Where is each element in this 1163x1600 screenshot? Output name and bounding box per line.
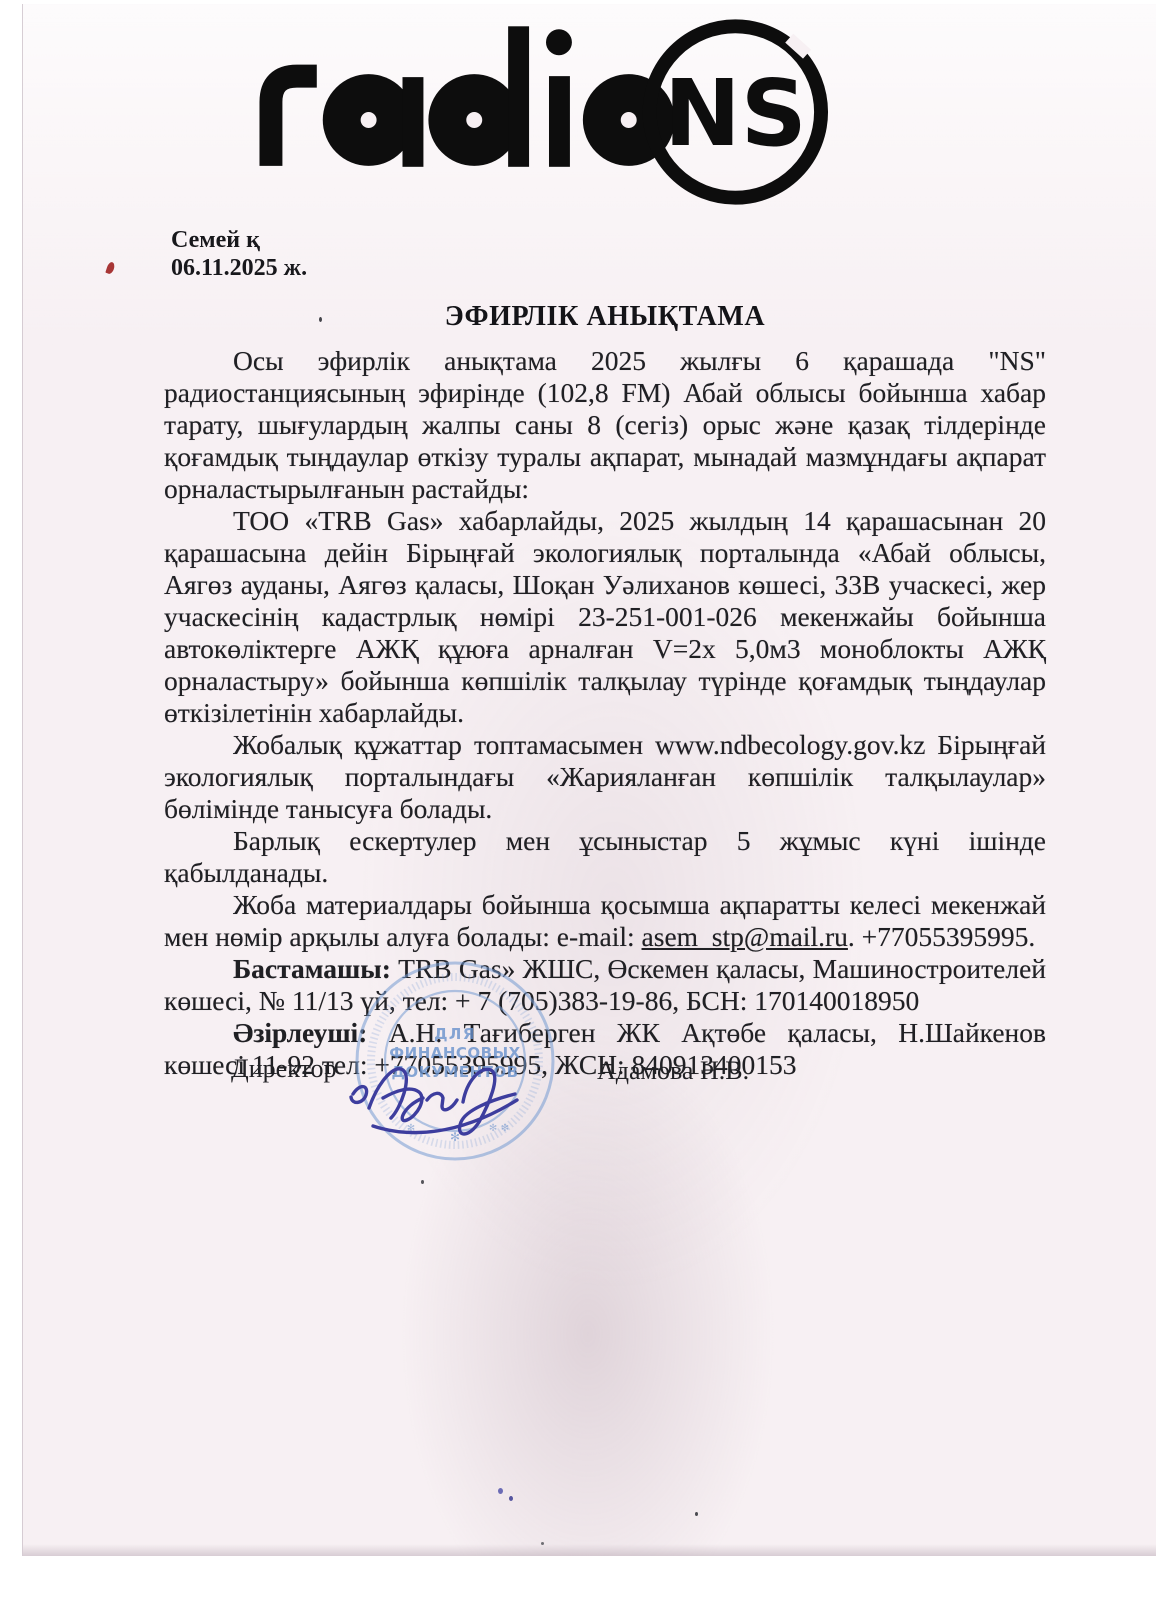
- dust-speck: [695, 1512, 698, 1516]
- date-label: 06.11.2025 ж.: [171, 254, 307, 282]
- radio-ns-logo: radio NS: [257, 14, 835, 214]
- logo-dot-i: [546, 29, 572, 55]
- signature-stroke-2: [369, 1069, 406, 1118]
- scan-paper-area: radio NS Семей қ 06.11.2025 ж.: [22, 4, 1156, 1556]
- paragraph-intro: Осы эфирлік анықтама 2025 жылғы 6 қараша…: [164, 345, 1046, 505]
- logo-ns-text: NS: [664, 60, 807, 167]
- contact-text-after: . +77055395995.: [848, 921, 1035, 952]
- document-body: Осы эфирлік анықтама 2025 жылғы 6 қараша…: [164, 345, 1046, 1081]
- blue-ink-speck: [498, 1488, 503, 1494]
- paragraph-remarks: Барлық ескертулер мен ұсыныстар 5 жұмыс …: [164, 825, 1046, 889]
- red-ink-mark: [105, 261, 115, 275]
- paragraph-portal: Жобалық құжаттар топтамасымен www.ndbeco…: [164, 729, 1046, 825]
- dust-speck: [541, 1542, 544, 1545]
- logo-stem-i: [549, 76, 570, 167]
- dust-speck: [421, 1180, 424, 1184]
- signature-role-label: Директор: [231, 1054, 337, 1084]
- paragraph-announcement: ТОО «TRB Gas» хабарлайды, 2025 жылдың 14…: [164, 505, 1046, 729]
- logo-disc-a-hole: [361, 112, 377, 128]
- scanned-document-page: radio NS Семей қ 06.11.2025 ж.: [0, 0, 1163, 1600]
- logo-stem-d: [508, 26, 529, 167]
- contact-email: asem_stp@mail.ru: [642, 921, 848, 952]
- logo-word-radio: [271, 26, 675, 167]
- signature-stroke-1: [351, 1087, 367, 1103]
- document-title: ЭФИРЛІК АНЫҚТАМА: [164, 301, 1046, 333]
- logo-disc-o-hole: [621, 112, 637, 128]
- logo-stem-a: [402, 77, 423, 167]
- paragraph-contact: Жоба материалдары бойынша қосымша ақпара…: [164, 889, 1046, 953]
- dust-speck: [319, 317, 322, 322]
- city-label: Семей қ: [171, 226, 307, 254]
- stamp-text-line1: ДЛЯ: [434, 1025, 476, 1043]
- logo-disc-d-hole: [466, 112, 482, 128]
- signature-stroke-4: [427, 1093, 457, 1109]
- paragraph-initiator: Бастамашы: TRB Gas» ЖШС, Өскемен қаласы,…: [164, 953, 1046, 1017]
- signature-name-label: Адамова Н.В.: [597, 1056, 749, 1086]
- city-date-block: Семей қ 06.11.2025 ж.: [171, 226, 307, 282]
- logo-letter-r: [271, 76, 317, 166]
- blue-ink-speck: [509, 1496, 513, 1501]
- handwritten-signature: [339, 1042, 543, 1152]
